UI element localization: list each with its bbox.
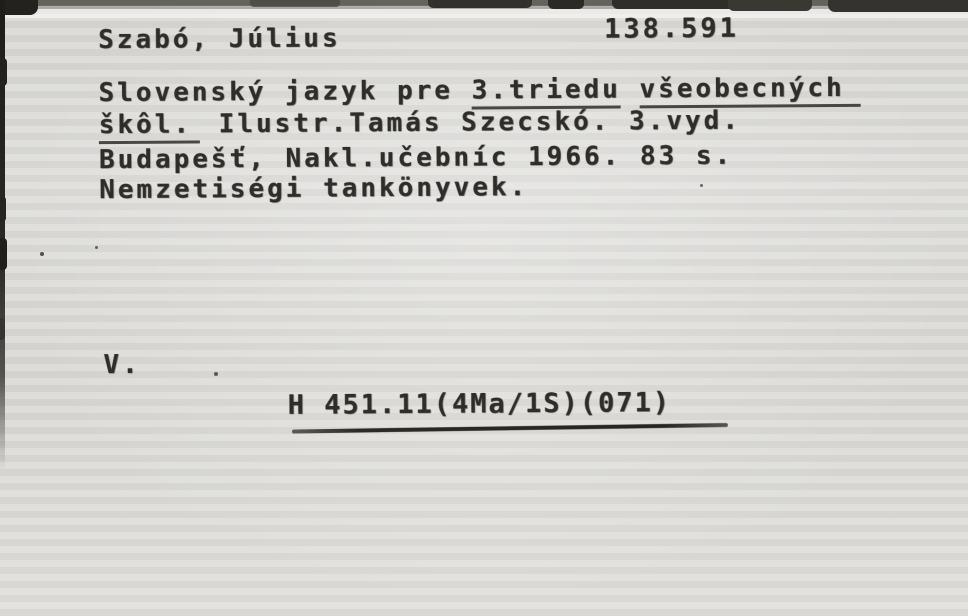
typed-text-layer: Szabó, Július 138.591 Slovenský jazyk pr…	[0, 0, 968, 616]
title-underlined-grade: 3.triedu	[472, 74, 621, 109]
title-line-1-prefix: Slovenský jazyk pre	[98, 76, 471, 109]
library-catalog-card-scan: Szabó, Július 138.591 Slovenský jazyk pr…	[0, 0, 968, 616]
title-line-1-space	[621, 74, 640, 104]
call-number: H 451.11(4Ma/1S)(071)	[288, 388, 672, 421]
volume-note: V.	[103, 350, 141, 380]
title-underlined-schools: všeobecných	[639, 73, 860, 109]
title-line-1: Slovenský jazyk pre 3.triedu všeobecných	[98, 73, 860, 108]
imprint-line: Budapešť, Nakl.učebníc 1966. 83 s.	[99, 141, 733, 175]
title-line-2-rest: Ilustr.Tamás Szecskó. 3.vyd.	[200, 106, 741, 140]
author-heading: Szabó, Július	[98, 23, 341, 55]
series-line: Nemzetiségi tankönyvek.	[99, 172, 528, 205]
accession-number: 138.591	[604, 14, 739, 45]
call-number-underline	[292, 423, 728, 433]
title-underlined-skol: škôl.	[99, 109, 201, 144]
title-line-2: škôl. Ilustr.Tamás Szecskó. 3.vyd.	[99, 106, 741, 140]
